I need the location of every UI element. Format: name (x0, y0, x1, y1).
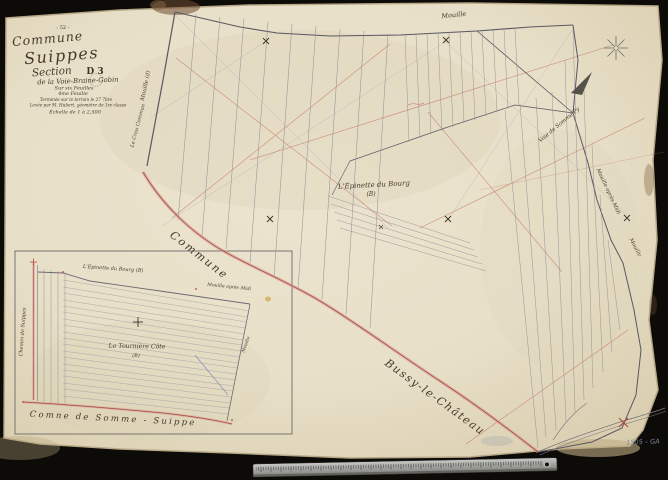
ruler-hole (545, 462, 550, 467)
survey-note-1: Terminée sur le terrain le 27 7bre (40, 97, 113, 102)
survey-note-2: Levée par M. Hubert, géomètre de 1re cla… (29, 103, 127, 108)
scale-note: Échelle de 1 à 2,500 (48, 108, 102, 116)
label-epinette-letter: (B) (366, 191, 376, 198)
scanned-cadastral-map: L'Épinette du Bourg (B) Mouille après Mi… (0, 0, 668, 480)
inset-label-parcel-letter: (B) (132, 352, 140, 359)
compass-star-icon (604, 36, 628, 60)
inset-label-parcel-name: La Tournière Côte (108, 342, 166, 350)
archive-pencil-note: 1505 – GA (626, 437, 660, 446)
